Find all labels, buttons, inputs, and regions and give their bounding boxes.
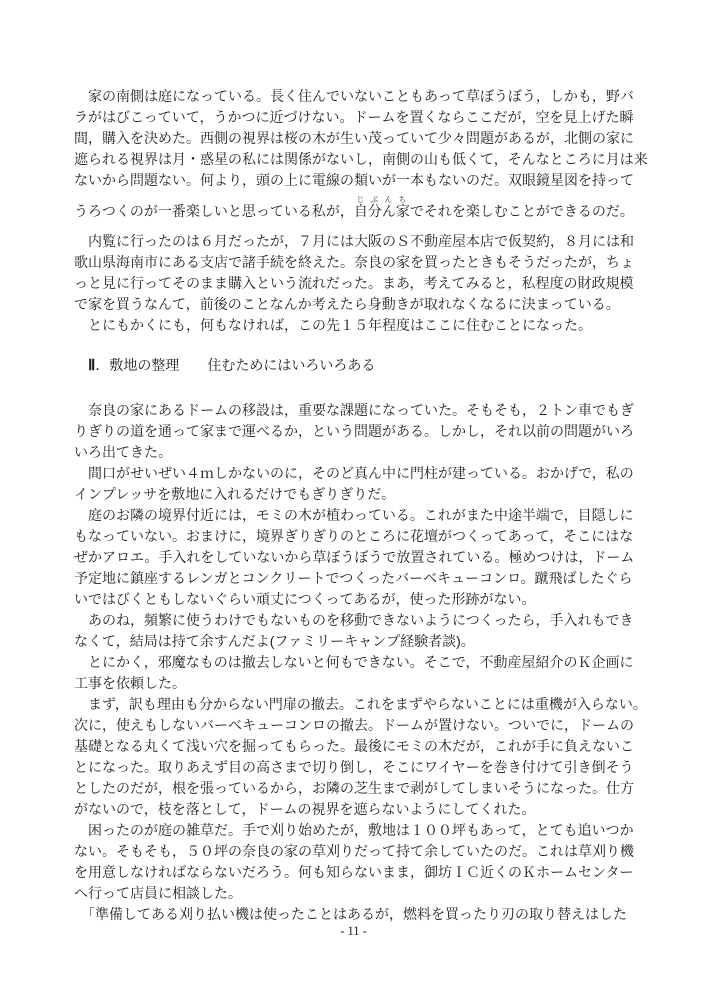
paragraph: 「準備してある刈り払い機は使ったことはあるが，燃料を買ったり刃の取り替えはした xyxy=(74,904,634,925)
text-line: あのね，頻繁に使うわけでもないものを移動できないようにつくったら，手入れもでき xyxy=(74,610,634,631)
text-line: とにかく，邪魔なものは撤去しないと何もできない。そこで，不動産屋紹介のＫ企画に xyxy=(74,652,634,673)
paragraph: あのね，頻繁に使うわけでもないものを移動できないようにつくったら，手入れもできな… xyxy=(74,610,634,652)
text-line: 「準備してある刈り払い機は使ったことはあるが，燃料を買ったり刃の取り替えはした xyxy=(74,904,634,925)
text-line: もなっていない。おまけに，境界ぎりぎりのところに花壇がつくってあって，そこにはな xyxy=(74,526,634,547)
text-line: 困ったのが庭の雑草だ。手で刈り始めたが，敷地は１００坪もあって，とても追いつか xyxy=(74,820,634,841)
text-line: 遮られる視界は月・惑星の私には関係がないし，南側の山も低くて，そんなところに月は… xyxy=(74,149,634,170)
page-number: - 11 - xyxy=(0,924,707,939)
paragraph: 困ったのが庭の雑草だ。手で刈り始めたが，敷地は１００坪もあって，とても追いつかな… xyxy=(74,820,634,904)
text-segment: でそれを楽しむことができるのだ。 xyxy=(410,203,634,219)
paragraph: 間口がせいぜい４ｍしかないのに，そのど真ん中に門柱が建っている。おかげで，私のイ… xyxy=(74,463,634,505)
text-line: インプレッサを敷地に入れるだけでもぎりぎりだ。 xyxy=(74,484,634,505)
text-line: まず，訳も理由も分からない門扉の撤去。これをまずやらないことには重機が入らない。 xyxy=(74,694,634,715)
text-line: いろ出てきた。 xyxy=(74,442,634,463)
text-line: 家の南側は庭になっている。長く住んでいないこともあって草ぼうぼう，しかも，野バ xyxy=(74,86,634,107)
text-line: 奈良の家にあるドームの移設は，重要な課題になっていた。そもそも，２トン車でもぎ xyxy=(74,400,634,421)
text-line: としたのだが，根を張っているから，お隣の芝生まで剥がしてしまいそうになった。仕方 xyxy=(74,778,634,799)
text-line: なくて，結局は持て余すんだよ(ファミリーキャンプ経験者談)。 xyxy=(74,631,634,652)
text-line: 工事を依頼した。 xyxy=(74,673,634,694)
text-line: 内覧に行ったのは６月だったが，７月には大阪のＳ不動産屋本店で仮契約，８月には和 xyxy=(74,231,634,252)
document-body: 家の南側は庭になっている。長く住んでいないこともあって草ぼうぼう，しかも，野バラ… xyxy=(74,86,634,925)
text-line: ない。そもそも，５０坪の奈良の家の草刈りだって持て余していたのだ。これは草刈り機 xyxy=(74,841,634,862)
paragraph: 奈良の家にあるドームの移設は，重要な課題になっていた。そもそも，２トン車でもぎり… xyxy=(74,400,634,463)
section-heading: Ⅱ．敷地の整理 住むためにはいろいろある xyxy=(74,355,634,376)
section-title: ．敷地の整理 住むためにはいろいろある xyxy=(95,357,375,373)
paragraph: とにかく，邪魔なものは撤去しないと何もできない。そこで，不動産屋紹介のＫ企画に工… xyxy=(74,652,634,694)
text-line: とにもかくにも，何もなければ，この先１５年程度はここに住むことになった。 xyxy=(74,315,634,336)
text-segment: うろつくのが一番楽しいと思っている私が， xyxy=(74,203,354,219)
text-line: ぜかアロエ。手入れをしていないから草ぼうぼうで放置されている。極めつけは，ドーム xyxy=(74,547,634,568)
paragraph: 庭のお隣の境界付近には，モミの木が植わっている。これがまた中途半端で，目隠しにも… xyxy=(74,505,634,610)
text-line: へ行って店員に相談した。 xyxy=(74,883,634,904)
text-line: 間，購入を決めた。西側の視界は桜の木が生い茂っていて少々問題があるが，北側の家に xyxy=(74,128,634,149)
text-line: 基礎となる丸くて浅い穴を掘ってもらった。最後にモミの木だが，これが手に負えないこ xyxy=(74,736,634,757)
text-line: ないから問題ない。何より，頭の上に電線の類いが一本もないのだ。双眼鏡星図を持って xyxy=(74,170,634,191)
text-line: 次に，使えもしないバーベキューコンロの撤去。ドームが置けない。ついでに，ドームの xyxy=(74,715,634,736)
text-line: っと見に行ってそのまま購入という流れだった。まあ，考えてみると，私程度の財政規模 xyxy=(74,273,634,294)
text-line: がないので，枝を落として，ドームの視界を遮らないようにしてくれた。 xyxy=(74,799,634,820)
text-line: 予定地に鎮座するレンガとコンクリートでつくったバーベキューコンロ。蹴飛ばしたぐら xyxy=(74,568,634,589)
text-line: りぎりの道を通って家まで運べるか，という問題がある。しかし，それ以前の問題がいろ xyxy=(74,421,634,442)
paragraph: まず，訳も理由も分からない門扉の撤去。これをまずやらないことには重機が入らない。… xyxy=(74,694,634,820)
paragraph: 家の南側は庭になっている。長く住んでいないこともあって草ぼうぼう，しかも，野バラ… xyxy=(74,86,634,231)
furigana: 自分ん家じぶんち xyxy=(354,203,410,219)
text-line: うろつくのが一番楽しいと思っている私が，自分ん家じぶんちでそれを楽しむことができ… xyxy=(74,191,634,231)
text-line: 庭のお隣の境界付近には，モミの木が植わっている。これがまた中途半端で，目隠しに xyxy=(74,505,634,526)
text-line: いではびくともしないぐらい頑丈につくってあるが，使った形跡がない。 xyxy=(74,589,634,610)
text-line: 間口がせいぜい４ｍしかないのに，そのど真ん中に門柱が建っている。おかげで，私の xyxy=(74,463,634,484)
text-line: を用意しなければならないだろう。何も知らないまま，御坊ＩＣ近くのＫホームセンター xyxy=(74,862,634,883)
document-page: 家の南側は庭になっている。長く住んでいないこともあって草ぼうぼう，しかも，野バラ… xyxy=(0,0,707,1000)
paragraph: 内覧に行ったのは６月だったが，７月には大阪のＳ不動産屋本店で仮契約，８月には和歌… xyxy=(74,231,634,315)
text-line: 歌山県海南市にある支店で諸手続を終えた。奈良の家を買ったときもそうだったが，ちょ xyxy=(74,252,634,273)
text-line: ラがはびこっていて，うかつに近づけない。ドームを置くならここだが，空を見上げた瞬 xyxy=(74,107,634,128)
text-line: で家を買うなんて，前後のことなんか考えたら身動きが取れなくなるに決まっている。 xyxy=(74,294,634,315)
text-line: とになった。取りあえず目の高さまで切り倒し，そこにワイヤーを巻き付けて引き倒そう xyxy=(74,757,634,778)
paragraph: とにもかくにも，何もなければ，この先１５年程度はここに住むことになった。 xyxy=(74,315,634,336)
